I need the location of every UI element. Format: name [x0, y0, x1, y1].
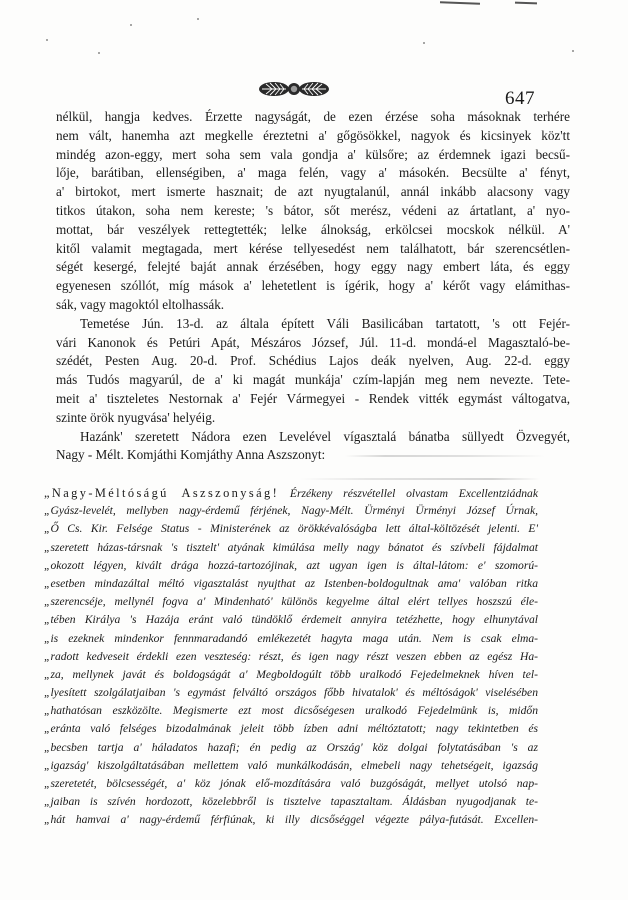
paragraph-start-line: Temetése Jún. 13-d. az általa épített Vá… [56, 315, 570, 334]
paper-speck [197, 18, 199, 20]
text-line: nem vált, hanemha azt megkelle éreztetni… [56, 127, 570, 146]
text-line: a' birtokot, mert ismerte hasznait; de a… [56, 183, 570, 202]
text-line: lője, barátiban, ellenségiben, a' maga f… [56, 164, 570, 183]
letter-line: „szeretett házas-társnak 's tisztelt' at… [44, 539, 538, 557]
ink-smudge [345, 455, 545, 457]
letter-line: „okozott légyen, kivált drága hozzá-tart… [44, 557, 538, 575]
letter-line: „eránta való felséges bizodalmának jelei… [44, 720, 538, 738]
letter-line: „za, mellynek javát és boldogságát a' Me… [44, 666, 538, 684]
letter-line: „igazság' kiszolgáltatásában mellettem v… [44, 757, 538, 775]
text-line: egyenesen szóllót, míg mások a' lehetetl… [56, 277, 570, 296]
letter-text: Érzékeny részvétellel olvastam Excellent… [290, 487, 538, 500]
letter-first-line: „Nagy-Méltóságú Aszszonyság! Érzékeny ré… [44, 484, 538, 502]
letter-line: „hát hamvai a' nagy-érdemű férfiúnak, ki… [44, 811, 538, 829]
paper-speck [423, 42, 425, 44]
letter-line: „becsben tartja a' háladatos hazafi; én … [44, 739, 538, 757]
text-line: más Tudós magyarúl, de a' ki magát munká… [56, 371, 570, 390]
letter-line: „szeretetét, bölcsességét, a' köz jónak … [44, 775, 538, 793]
paragraph-start-line: Hazánk' szeretett Nádora ezen Levelével … [56, 428, 570, 447]
letter-line: „tében Királya 's Hazája eránt való tünd… [44, 611, 538, 629]
text-line: mindég azon-eggy, mert soha sem vala gon… [56, 146, 570, 165]
paper-speck [130, 24, 132, 26]
paper-speck [98, 52, 100, 54]
text-line: mottat, bár veszélyek rettegtették; lelk… [56, 221, 570, 240]
page-number: 647 [505, 88, 535, 110]
scanned-book-page: 647 nélkül, hangja kedves. Érzette nagys… [0, 0, 628, 900]
letter-salutation: „Nagy-Méltóságú Aszszonyság! [44, 486, 279, 500]
ink-smudge [300, 478, 540, 480]
letter-line: „szerencséje, mellynél fogva a' Mindenha… [44, 593, 538, 611]
letter-line: „hathatósan eszközölte. Megismerte ezt m… [44, 702, 538, 720]
text-line: meit a' tiszteletes Nestornak a' Fejér V… [56, 390, 570, 409]
letter-line: „jaiban is szívén hordozott, közelebbről… [44, 793, 538, 811]
body-paragraphs: nélkül, hangja kedves. Érzette nagyságát… [56, 108, 570, 465]
text-line: sák, vagy magoktól eltolhassák. [56, 296, 570, 315]
quoted-letter: „Nagy-Méltóságú Aszszonyság! Érzékeny ré… [44, 484, 538, 830]
letter-line: „Gyász-levelét, mellyben nagy-érdemű fér… [44, 502, 538, 520]
text-line: ségét kesergé, felejté baját annak érzés… [56, 258, 570, 277]
text-line: szinte örök nyugvása' helyéig. [56, 409, 570, 428]
text-line: titkos útakon, soha nem kereste; 's báto… [56, 202, 570, 221]
paper-speck [572, 50, 574, 52]
text-line: kitől valamit megtagada, mert kérése tel… [56, 240, 570, 259]
floral-headpiece-ornament-icon [258, 80, 330, 98]
text-line: nélkül, hangja kedves. Érzette nagyságát… [56, 108, 570, 127]
letter-line: „radott kedveseit érdekli ezen veszteség… [44, 648, 538, 666]
letter-line: „Ő Cs. Kir. Felsége Status - Ministeréne… [44, 520, 538, 538]
text-line: vári Kanonok és Petúri Apát, Mészáros Jó… [56, 334, 570, 353]
paper-scratch-mark [515, 2, 537, 4]
text-line: szédét, Pesten Aug. 20-d. Prof. Schédius… [56, 352, 570, 371]
letter-line: „is ezeknek mindenkor fennmaradandó emlé… [44, 630, 538, 648]
letter-line: „lyesített szolgálatjaiban 's egymást fe… [44, 684, 538, 702]
paper-speck [46, 39, 48, 41]
paper-scratch-mark [440, 1, 480, 4]
letter-line: „esetben mindazáltal méltó vigasztalást … [44, 575, 538, 593]
